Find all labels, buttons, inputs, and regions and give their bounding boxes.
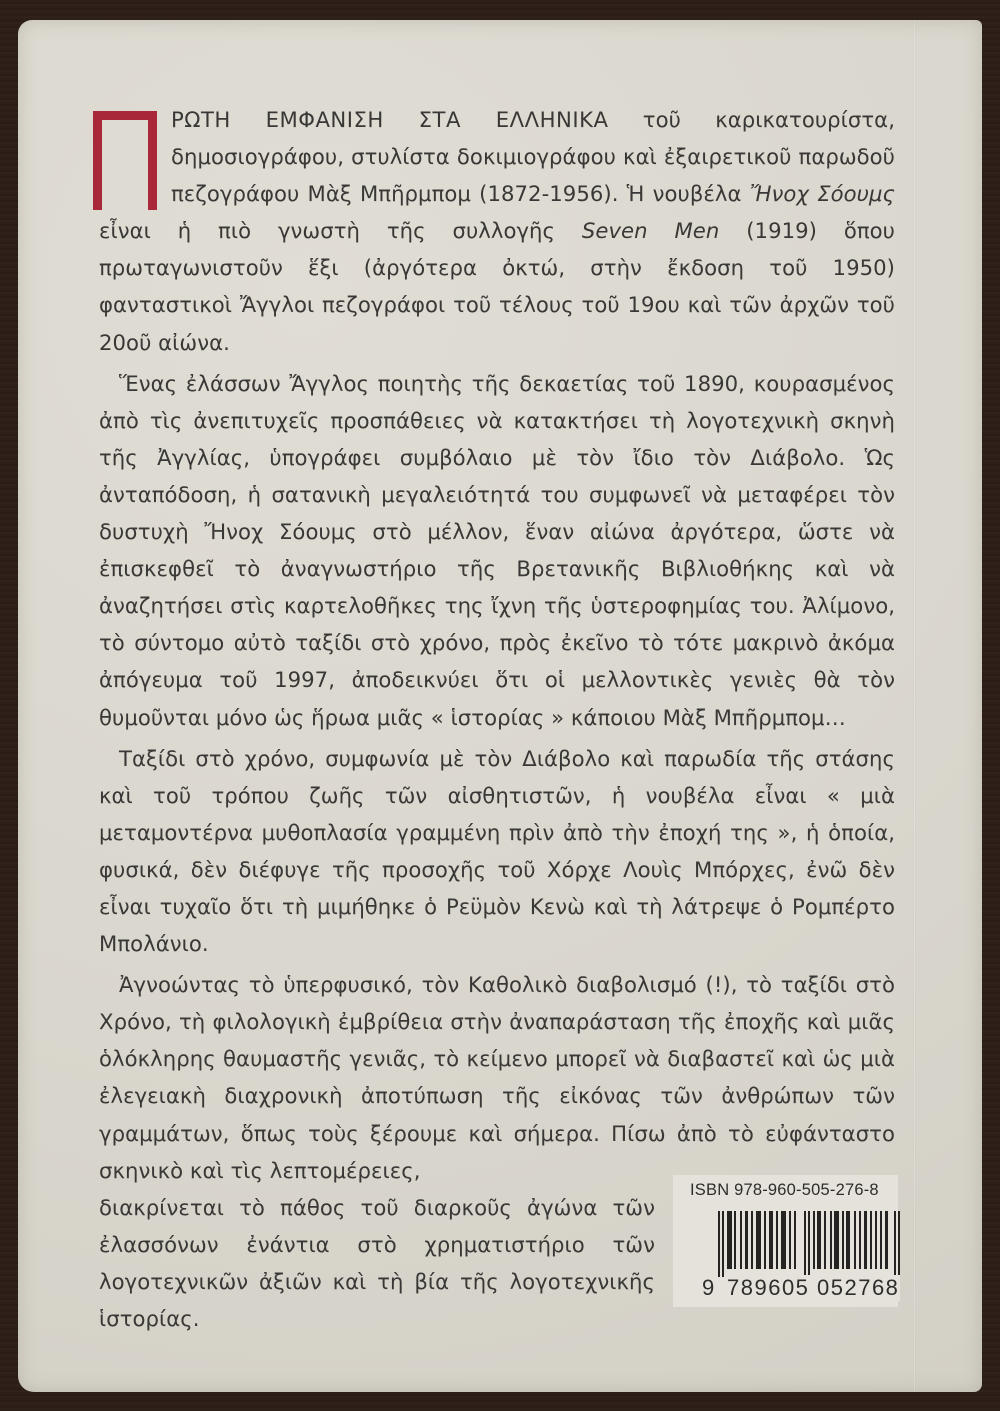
barcode-digits: 9 789605 052768 [701,1275,901,1305]
barcode-right-digits: 052768 [816,1275,900,1301]
paragraph-1-text-b: εἶναι ἡ πιὸ γνωστὴ τῆς συλλογῆς [99,218,582,243]
isbn-label: ISBN 978-960-505-276-8 [690,1181,879,1200]
novella-title: Ἤνοχ Σόουμς [750,181,895,206]
barcode-left-digits: 789605 [726,1275,810,1301]
paragraph-3: Ταξίδι στὸ χρόνο, συμφωνία μὲ τὸν Διάβολ… [99,740,895,963]
barcode-lead-digit: 9 [701,1275,715,1301]
paragraph-4-continuation: διακρίνεται τὸ πάθος τοῦ διαρκοῦς ἀγώνα … [99,1189,655,1337]
paragraph-4: Ἀγνοώντας τὸ ὑπερφυσικό, τὸν Καθολικὸ δι… [99,966,895,1189]
paragraph-1: ΡΩΤΗ ΕΜΦΑΝΙΣΗ ΣΤΑ ΕΛΛΗΝΙΚΑ τοῦ καρικατου… [99,101,895,361]
cover-fold-line [913,20,916,1392]
drop-cap-pi [93,111,157,210]
paragraph-4-text-wide: Ἀγνοώντας τὸ ὑπερφυσικό, τὸν Καθολικὸ δι… [99,972,895,1182]
paragraph-2: Ἕνας ἐλάσσων Ἄγγλος ποιητὴς τῆς δεκαετία… [99,365,895,736]
blurb-text: ΡΩΤΗ ΕΜΦΑΝΙΣΗ ΣΤΑ ΕΛΛΗΝΙΚΑ τοῦ καρικατου… [99,101,895,1337]
collection-title: Seven Men [582,218,720,243]
opening-caps: ΡΩΤΗ ΕΜΦΑΝΙΣΗ ΣΤΑ ΕΛΛΗΝΙΚΑ [171,107,608,132]
isbn-barcode: ISBN 978-960-505-276-8 9 789605 052768 [673,1175,898,1307]
barcode-bars-icon [718,1211,901,1277]
